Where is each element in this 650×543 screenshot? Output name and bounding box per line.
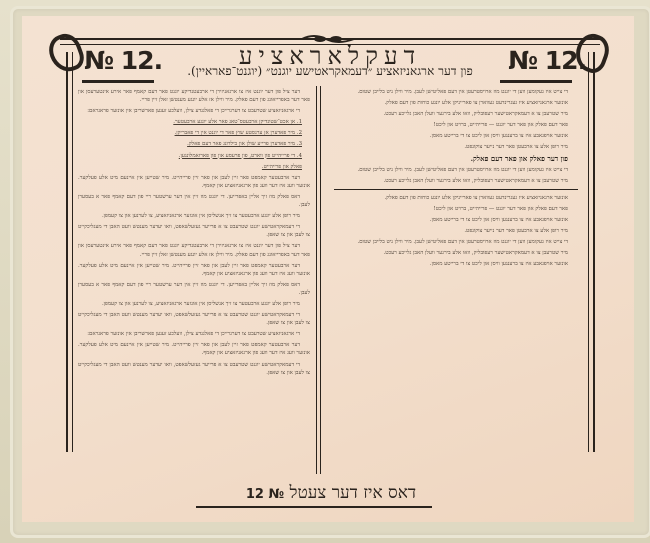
frame-left-rule <box>66 52 73 452</box>
left-text-column: דער ציל פון דער יוגנט איז צו ארגאניזירן … <box>78 88 310 480</box>
paragraph: די צייט איז געקומען ווען די יוגנט מוז אר… <box>334 88 578 96</box>
paragraph: אונזער אויפגאבע איז צו ברענגען וויסן און… <box>334 132 578 140</box>
footer-text: דאס איז דער צעטל <box>290 483 417 503</box>
paragraph: די ארגאניזאציע שטרעבט צו דערגרייכן די פא… <box>78 330 310 338</box>
issue-number-rule-left <box>82 80 154 83</box>
paragraph: דער ארבעטער קאמפט פאר זיין לעבן און פאר … <box>78 174 310 190</box>
paragraph: אונזער ארגאניזאציע איז געגרינדעט געווארן… <box>334 99 578 107</box>
paragraph: מיר שטרעבן צו א דעמאקראטישער רעפובליק, ו… <box>334 177 578 185</box>
paragraph: מיר שטרעבן צו א דעמאקראטישער רעפובליק, ו… <box>334 110 578 118</box>
paragraph: די דעמאקראטישע יוגנט שטרעבט צו א פרייער … <box>78 223 310 239</box>
frame-right-rule <box>588 52 595 452</box>
list-item: 2. מיר פאדערן אן ערנסטע שוץ פאר די יוגנט… <box>78 129 310 137</box>
bold-line: פון דער פאלק און פאר דעם פאלק. <box>334 155 578 163</box>
footer-number: № 12 <box>246 487 284 502</box>
column-divider <box>316 86 321 474</box>
paragraph: דאס פאלק מוז זיך אליין באפרייען. די יוגנ… <box>78 281 310 297</box>
paragraph: דער ארבעטער קאמפט פאר זיין לעבן און פאר … <box>78 262 310 278</box>
paragraph: די צייט איז געקומען ווען די יוגנט מוז אר… <box>334 238 578 246</box>
right-text-column: די צייט איז געקומען ווען די יוגנט מוז אר… <box>334 88 578 468</box>
section-heading: פאלק און פרייהייט. <box>78 163 310 171</box>
paragraph: מיר רופן אלע צו ארבעטן פאר דער נייער צוק… <box>334 143 578 151</box>
paragraph: די דעמאקראטישע יוגנט שטרעבט צו א פרייער … <box>78 361 310 377</box>
issue-number-right: № 12. <box>508 46 586 75</box>
paragraph: מיר שטרעבן צו א דעמאקראטישער רעפובליק, ו… <box>334 249 578 257</box>
footer-rule <box>196 506 432 508</box>
paragraph: דער ציל פון דער יוגנט איז צו ארגאניזירן … <box>78 88 310 104</box>
paragraph: פאר דעם פאלק און פאר דער יוגנט — פרייהיי… <box>334 205 578 213</box>
paragraph: די ארגאניזאציע שטרעבט צו דערגרייכן די פא… <box>78 107 310 115</box>
paragraph: מיר רופן אלע צו ארבעטן פאר דער נייער צוק… <box>334 227 578 235</box>
issue-number-rule-right <box>500 80 572 83</box>
paragraph: דער ארבעטער קאמפט פאר זיין לעבן און פאר … <box>78 341 310 357</box>
section-rule <box>334 189 578 190</box>
paragraph: אונזער אויפגאבע איז צו ברענגען וויסן און… <box>334 216 578 224</box>
paragraph: אונזער אויפגאבע איז צו ברענגען וויסן און… <box>334 260 578 268</box>
document-subtitle: פון דער ארגאניזאציע ״דעמאקראטישע יוגנט״ … <box>180 64 480 79</box>
paragraph: דאס פאלק מוז זיך אליין באפרייען. די יוגנ… <box>78 193 310 209</box>
paragraph: די דעמאקראטישע יוגנט שטרעבט צו א פרייער … <box>78 311 310 327</box>
paragraph: אונזער ארגאניזאציע איז געגרינדעט געווארן… <box>334 194 578 202</box>
issue-number-left: № 12. <box>84 46 162 75</box>
paragraph: מיר רופן אלע יונגע ארבעטער צו זיך אנשליס… <box>78 300 310 308</box>
paragraph: פאר דעם פאלק און פאר דער יוגנט — פרייהיי… <box>334 121 578 129</box>
paragraph: מיר רופן אלע יונגע ארבעטער צו זיך אנשליס… <box>78 212 310 220</box>
footer-caption: דאס איז דער צעטל № 12 <box>196 483 456 503</box>
list-item: 4. די פרייהייט פון ווארט, פון פרעסע און … <box>78 152 310 160</box>
list-item: 3. מיר פאדערן פרייע שולן און בילדונג פאר… <box>78 140 310 148</box>
list-item: 1. אן אכט־שטונדיקן ארבעטס־טאג פאר אלע יו… <box>78 118 310 126</box>
paragraph: דער ציל פון דער יוגנט איז צו ארגאניזירן … <box>78 242 310 258</box>
paragraph: די צייט איז געקומען ווען די יוגנט מוז אר… <box>334 166 578 174</box>
